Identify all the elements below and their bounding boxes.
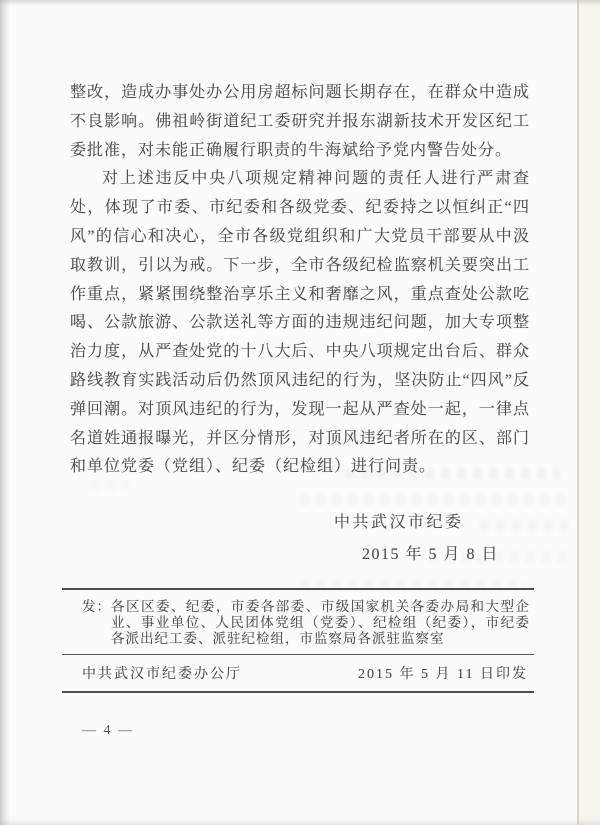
scan-top-shadow [0, 0, 600, 6]
distribution-list: 各区区委、纪委，市委各部委、市级国家机关各委办局和大型企业、事业单位、人民团体党… [111, 599, 530, 646]
scan-right-strip [579, 0, 600, 825]
scan-left-shadow [0, 0, 10, 825]
printer-row: 中共武汉市纪委办公厅 2015 年 5 月 11 日印发 [62, 654, 534, 693]
scanned-document-page: 整改，造成办事处办公用房超标问题长期存在，在群众中造成不良影响。佛祖岭街道纪工委… [0, 0, 600, 825]
signature-organization: 中共武汉市纪委 [334, 509, 464, 532]
bleed-through-smudge [480, 520, 570, 531]
scan-bottom-shadow [0, 819, 600, 825]
body-paragraph-main: 对上述违反中央八项规定精神问题的责任人进行严肃查处，体现了市委、市纪委和各级党委… [70, 165, 530, 482]
distribution-row: 发： 各区区委、纪委，市委各部委、市级国家机关各委办局和大型企业、事业单位、人民… [62, 590, 534, 654]
page-fold-line [577, 0, 579, 825]
body-paragraph-continuation: 整改，造成办事处办公用房超标问题长期存在，在群众中造成不良影响。佛祖岭街道纪工委… [70, 79, 530, 165]
signature-date: 2015 年 5 月 8 日 [362, 541, 499, 564]
document-colophon: 发： 各区区委、纪委，市委各部委、市级国家机关各委办局和大型企业、事业单位、人民… [62, 588, 534, 693]
document-body: 整改，造成办事处办公用房超标问题长期存在，在群众中造成不良影响。佛祖岭街道纪工委… [70, 79, 530, 482]
print-date: 2015 年 5 月 11 日印发 [358, 663, 528, 683]
distribution-label: 发： [82, 599, 111, 646]
issuing-office: 中共武汉市纪委办公厅 [82, 663, 242, 683]
page-number: — 4 — [82, 723, 134, 739]
bleed-through-smudge [300, 494, 568, 505]
